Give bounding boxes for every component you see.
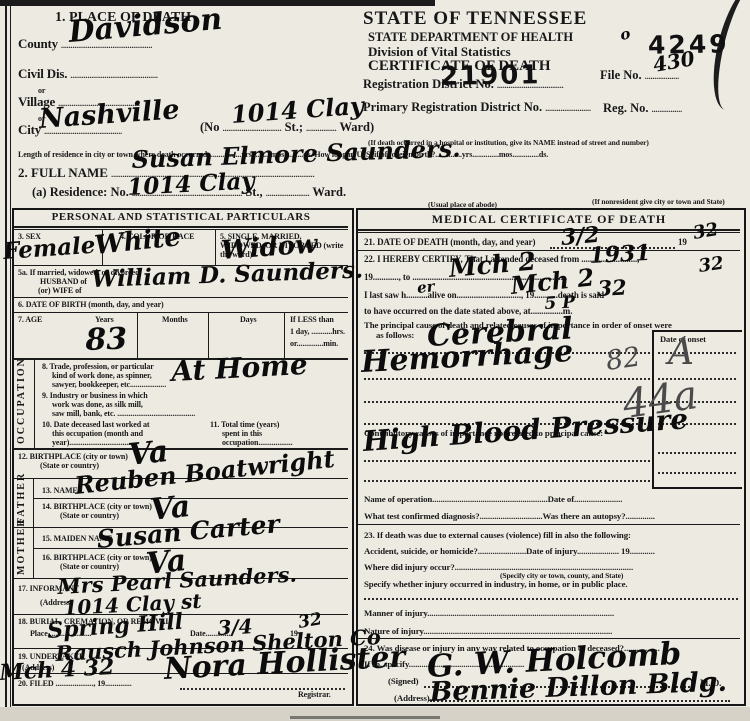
- spouse-label-3: (or) WIFE of: [38, 286, 82, 295]
- mother-bp-label-2: (State or country): [60, 562, 119, 571]
- reg-no-row: Reg. No. ................: [603, 101, 682, 116]
- primary-registration-label: Primary Registration District No.: [363, 100, 542, 114]
- onset-dotted-5: [658, 452, 736, 454]
- dob-label: 6. DATE OF BIRTH (month, day, and year): [18, 300, 164, 309]
- address-label: (Address): [394, 693, 430, 703]
- street-ward-label: Ward): [339, 120, 374, 134]
- residence-ward-label: Ward.: [312, 185, 346, 199]
- street-ward-dots: ................: [306, 124, 336, 133]
- signed-label: (Signed): [388, 676, 418, 686]
- age-ifless-2: 1 day, ...........hrs.: [290, 327, 345, 336]
- full-name-value-handwritten: Susan Elmore Saunders.: [131, 137, 461, 172]
- occupation-10-line3: year)..................................: [52, 438, 134, 447]
- age-months-label: Months: [162, 315, 188, 324]
- occupation-9-line2: work was done, as silk mill,: [52, 400, 143, 409]
- row21-bottom-rule: [358, 250, 740, 251]
- right-header-rule-2: [358, 232, 740, 233]
- contributory-dotted-1: [364, 460, 650, 462]
- dept-title: STATE DEPARTMENT OF HEALTH: [368, 30, 573, 45]
- age-label: 7. AGE: [18, 315, 42, 324]
- occupation-vertical-label: OCCUPATION: [16, 366, 27, 444]
- residence-st-dots: .......................: [266, 189, 310, 198]
- occupation-10-line2: this occupation (month and: [52, 429, 143, 438]
- operation-line: Name of operation.......................…: [364, 494, 622, 504]
- row15-bottom-rule: [33, 548, 348, 549]
- street-no-label: (No: [200, 120, 219, 134]
- date-of-death-19: 19: [678, 237, 687, 247]
- nonresident-note: (If nonresident give city or town and St…: [592, 197, 725, 206]
- rule-above-24: [358, 638, 740, 639]
- contributory-dotted-2: [364, 480, 650, 482]
- occupation-9-line3: saw mill, bank, etc. ...................…: [52, 409, 195, 418]
- violence-line-2: Accident, suicide, or homicide?.........…: [364, 546, 655, 556]
- row6-bottom-rule: [14, 312, 348, 313]
- state-title: STATE OF TENNESSEE: [363, 8, 587, 30]
- right-header-rule-1: [358, 229, 740, 231]
- registrar-label: Registrar.: [298, 690, 331, 699]
- file-no-value-handwritten: 430: [652, 48, 697, 75]
- stamp-o-mark: o: [619, 26, 632, 43]
- rule-above-23: [358, 524, 740, 525]
- attended-from-handwritten: 1931: [589, 242, 651, 267]
- nature-line: Nature of injury........................…: [364, 626, 612, 636]
- civil-district-label: Civil Dis.: [18, 66, 67, 81]
- onset-dotted-6: [658, 472, 736, 474]
- age-years-value-handwritten: 83: [85, 325, 128, 356]
- occupation-10-line1: 10. Date deceased last worked at: [42, 420, 149, 429]
- date-of-death-label: 21. DATE OF DEATH (month, day, and year): [364, 237, 535, 247]
- age-divider-2: [208, 312, 209, 358]
- primary-registration-row: Primary Registration District No. ......…: [363, 100, 591, 115]
- residence-value-handwritten: 1014 Clay: [127, 169, 255, 199]
- reg-no-label: Reg. No.: [603, 101, 648, 115]
- occupation-8-line1: 8. Trade, profession, or particular: [42, 362, 154, 371]
- occupation-value-handwritten: At Home: [171, 351, 309, 386]
- occupation-9-line1: 9. Industry or business in which: [42, 391, 148, 400]
- death-year-handwritten: 32: [692, 221, 720, 243]
- father-cell-divider: [33, 478, 34, 527]
- city-label: City: [18, 122, 41, 137]
- row5a-bottom-rule: [14, 297, 348, 298]
- birthplace-label-1: 12. BIRTHPLACE (city or town): [18, 452, 128, 461]
- pencil-code-a: A: [668, 335, 694, 371]
- race-marital-divider: [215, 229, 216, 265]
- mother-vertical-label: MOTHER: [16, 531, 27, 575]
- age-ifless-3: or..............min.: [290, 339, 338, 348]
- violence-line-1: 23. If death was due to external causes …: [364, 530, 631, 540]
- civil-district-row: Civil Dis. .............................…: [18, 66, 158, 82]
- spouse-label-2: HUSBAND of: [40, 277, 87, 286]
- father-bp-label-2: (State or country): [60, 511, 119, 520]
- occupation-8-line3: sawyer, bookkeeper, etc.................…: [52, 380, 166, 389]
- primary-registration-dots: ........................: [545, 104, 591, 113]
- registrar-signature-line: [180, 688, 345, 690]
- father-name-label: 13. NAME: [42, 486, 78, 495]
- left-double-line-outer: [5, 0, 7, 712]
- father-bp-label-1: 14. BIRTHPLACE (city or town): [42, 502, 152, 511]
- last-saw-her-handwritten: er: [416, 279, 435, 296]
- test-line: What test confirmed diagnosis?..........…: [364, 511, 655, 521]
- left-column-header: PERSONAL AND STATISTICAL PARTICULARS: [14, 211, 348, 223]
- residence-label: (a) Residence: No.: [32, 185, 129, 199]
- death-certificate-scan: 1. PLACE OF DEATH County ...............…: [0, 0, 750, 721]
- left-header-rule-1: [14, 226, 348, 228]
- occupation-cell-divider: [34, 358, 35, 448]
- city-value-handwritten: Nashville: [38, 96, 180, 133]
- right-column-header: MEDICAL CERTIFICATE OF DEATH: [358, 212, 740, 227]
- age-ifless-1: If LESS than: [290, 315, 334, 324]
- mother-cell-divider: [33, 527, 34, 578]
- violence-dotted: [364, 598, 738, 600]
- file-no-label: File No.: [600, 68, 642, 82]
- bottom-strip-mark: [290, 716, 440, 719]
- manner-line: Manner of injury........................…: [364, 608, 614, 618]
- county-label: County: [18, 36, 58, 51]
- last-saw-year-handwritten: 32: [597, 276, 627, 299]
- occupation-8-line2: kind of work done, as spinner,: [52, 371, 152, 380]
- mother-bp-label-1: 16. BIRTHPLACE (city or town): [42, 553, 152, 562]
- cause-dotted-2: [364, 378, 650, 380]
- occupation-11-line2: spent in this: [222, 429, 262, 438]
- district-number-stamp: 21901: [440, 62, 541, 90]
- reg-no-dots: ................: [652, 105, 682, 114]
- violence-line-5: Specify whether injury occurred in indus…: [364, 579, 627, 589]
- pencil-code-82: 82: [604, 343, 642, 375]
- age-days-label: Days: [240, 315, 257, 324]
- left-double-line-inner: [10, 0, 11, 712]
- civil-dotted-line: ........................................…: [70, 71, 157, 80]
- filed-date-handwritten: Mch 4 32: [0, 656, 115, 684]
- principal-cause-line-2: as follows:: [376, 330, 414, 340]
- burial-place-label: Place: [30, 629, 48, 638]
- age-divider-1: [137, 312, 138, 358]
- sex-value-handwritten: Female: [2, 234, 96, 263]
- attended-to-year-handwritten: 32: [697, 255, 724, 276]
- death-hour-handwritten: 5 P: [544, 294, 575, 313]
- occupation-11-line3: occupation..................: [222, 438, 293, 447]
- occupation-11-line1: 11. Total time (years): [210, 420, 279, 429]
- cause-dotted-3: [364, 401, 650, 403]
- full-name-label: 2. FULL NAME: [18, 165, 108, 180]
